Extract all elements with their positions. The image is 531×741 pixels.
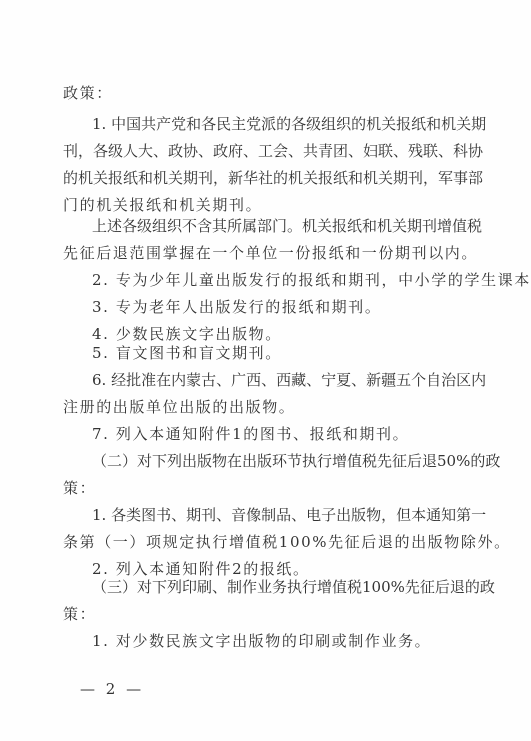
- text-line: 2. 列入本通知附件2的报纸。: [92, 560, 473, 578]
- text-line: 策：: [63, 479, 473, 497]
- text-line: 策：: [63, 605, 473, 623]
- text-line: 政策：: [63, 84, 473, 102]
- text-line: 6. 经批准在内蒙古、广西、西藏、宁夏、新疆五个自治区内: [92, 371, 473, 389]
- text-line: 1. 各类图书、期刊、音像制品、电子出版物，但本通知第一: [92, 506, 473, 524]
- page-number: — 2 —: [80, 680, 144, 698]
- text-line: 1. 中国共产党和各民主党派的各级组织的机关报纸和机关期: [92, 115, 473, 133]
- text-line: 的机关报纸和机关期刊，新华社的机关报纸和机关期刊，军事部: [63, 169, 473, 187]
- text-line: 1. 对少数民族文字出版物的印刷或制作业务。: [92, 632, 473, 650]
- text-line: 刊，各级人大、政协、政府、工会、共青团、妇联、残联、科协: [63, 142, 473, 160]
- text-line: 先征后退范围掌握在一个单位一份报纸和一份期刊以内。: [63, 244, 473, 262]
- text-line: 3. 专为老年人出版发行的报纸和期刊。: [92, 298, 473, 316]
- text-line: 2. 专为少年儿童出版发行的报纸和期刊，中小学的学生课本。: [92, 271, 473, 289]
- document-page: 政策：1. 中国共产党和各民主党派的各级组织的机关报纸和机关期刊，各级人大、政协…: [0, 0, 531, 741]
- text-line: 4. 少数民族文字出版物。: [92, 325, 473, 343]
- text-line: 5. 盲文图书和盲文期刊。: [92, 344, 473, 362]
- text-line: 上述各级组织不含其所属部门。机关报纸和机关期刊增值税: [92, 217, 473, 235]
- text-line: （三）对下列印刷、制作业务执行增值税100%先征后退的政: [92, 578, 473, 596]
- text-line: （二）对下列出版物在出版环节执行增值税先征后退50%的政: [92, 452, 473, 470]
- text-line: 门的机关报纸和机关期刊。: [63, 196, 473, 214]
- text-line: 7. 列入本通知附件1的图书、报纸和期刊。: [92, 425, 473, 443]
- text-line: 注册的出版单位出版的出版物。: [63, 398, 473, 416]
- text-line: 条第（一）项规定执行增值税100%先征后退的出版物除外。: [63, 533, 473, 551]
